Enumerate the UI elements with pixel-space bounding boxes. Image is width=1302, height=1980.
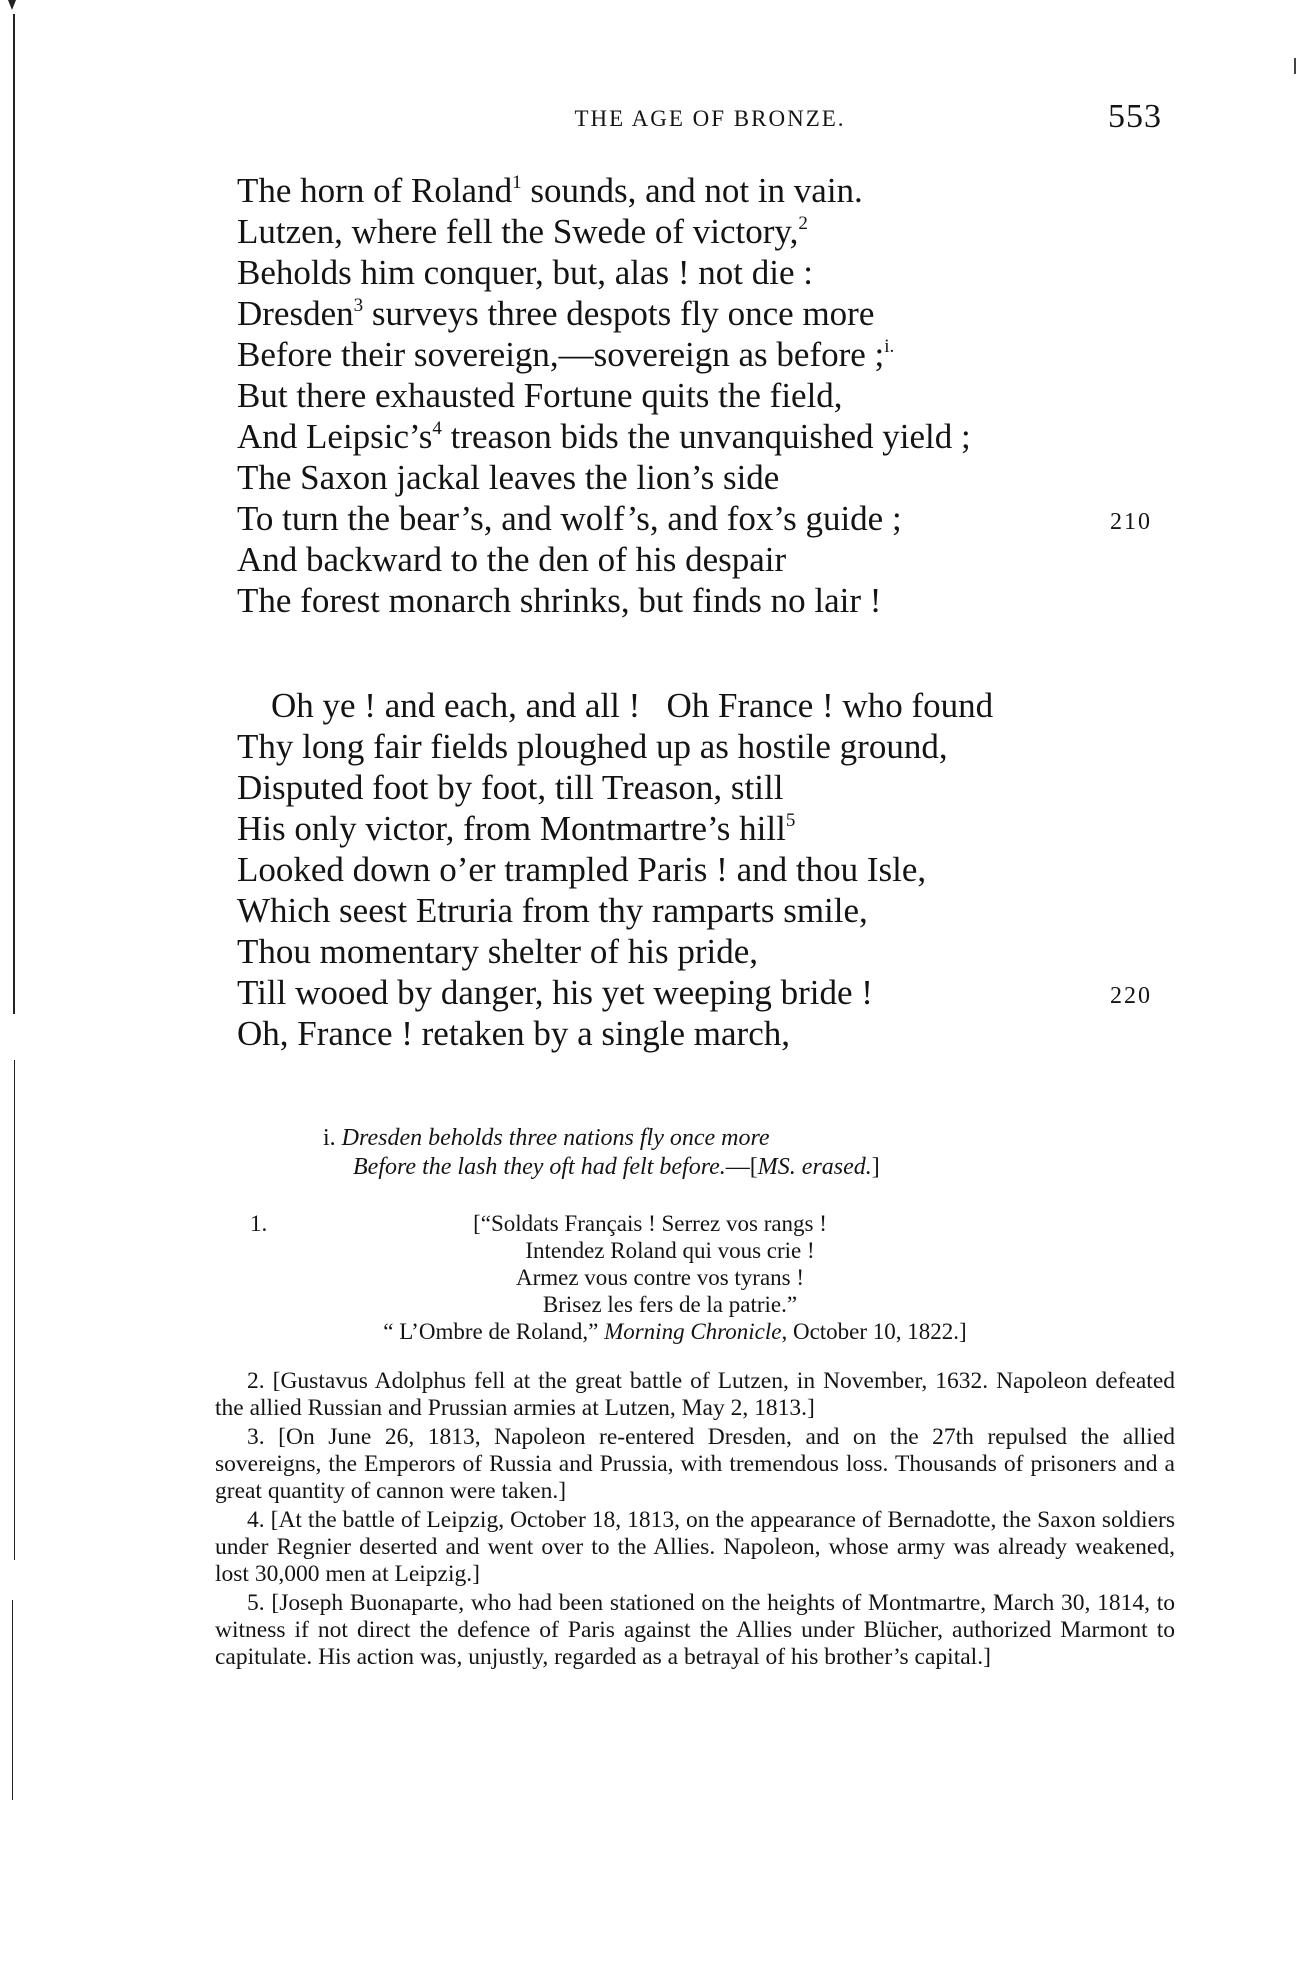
footnote-2: 2. [Gustavus Adolphus fell at the great … [215, 1368, 1175, 1422]
stanza-2: Oh ye ! and each, and all ! Oh France ! … [237, 685, 1137, 1054]
line-number: 210 [1110, 502, 1152, 543]
verse-line: Oh, France ! retaken by a single march, [237, 1013, 1137, 1054]
verse-line: Thou momentary shelter of his pride, [237, 931, 1137, 972]
stanza-1: The horn of Roland1 sounds, and not in v… [237, 170, 1137, 621]
footnote-ref[interactable]: 5 [786, 810, 796, 831]
scan-edge-mark [1294, 58, 1296, 74]
verse-line: Before their sovereign,—sovereign as bef… [237, 334, 1137, 375]
page-number: 553 [1108, 98, 1162, 136]
variant-note: i.Dresden beholds three nations fly once… [323, 1124, 880, 1182]
footnote-label: 2. [247, 1368, 265, 1394]
footnote-5: 5. [Joseph Buonaparte, who had been stat… [215, 1590, 1175, 1671]
footnote-label: 5. [247, 1590, 265, 1616]
footnote-1: 1. [“Soldats Français ! Serrez vos rangs… [250, 1210, 1090, 1345]
quoted-verse-line: Armez vous contre vos tyrans ! [250, 1264, 1090, 1291]
footnote-ref[interactable]: 4 [432, 418, 442, 439]
running-title: THE AGE OF BRONZE. [500, 106, 920, 132]
footnote-ref[interactable]: 2 [798, 213, 808, 234]
scan-margin-line [14, 1060, 15, 1560]
footnote-ref[interactable]: 3 [354, 295, 364, 316]
verse-line: And backward to the den of his despair [237, 539, 1137, 580]
verse-line: The forest monarch shrinks, but finds no… [237, 580, 1137, 621]
scan-corner-mark [8, 0, 16, 10]
verse-line: Lutzen, where fell the Swede of victory,… [237, 211, 1137, 252]
scan-margin-line [13, 14, 15, 1014]
footnote-label: 1. [250, 1210, 267, 1237]
verse-line: Which seest Etruria from thy ramparts sm… [237, 890, 1137, 931]
quoted-verse-line: Intendez Roland qui vous crie ! [250, 1237, 1090, 1264]
footnote-label: 3. [247, 1424, 265, 1450]
verse-line: Till wooed by danger, his yet weeping br… [237, 972, 1137, 1013]
verse-line: Thy long fair fields ploughed up as host… [237, 726, 1137, 767]
quoted-verse-line: [“Soldats Français ! Serrez vos rangs ! [250, 1210, 1090, 1237]
footnote-3: 3. [On June 26, 1813, Napoleon re-entere… [215, 1424, 1175, 1505]
verse-line: Looked down o’er trampled Paris ! and th… [237, 849, 1137, 890]
verse-line: The Saxon jackal leaves the lion’s side [237, 457, 1137, 498]
verse-line: But there exhausted Fortune quits the fi… [237, 375, 1137, 416]
footnote-4: 4. [At the battle of Leipzig, October 18… [215, 1507, 1175, 1588]
poem-body: The horn of Roland1 sounds, and not in v… [237, 170, 1137, 1054]
verse-line: His only victor, from Montmartre’s hill5 [237, 808, 1137, 849]
quoted-verse-line: Brisez les fers de la patrie.” [250, 1291, 1090, 1318]
line-number: 220 [1110, 976, 1152, 1017]
verse-line: Beholds him conquer, but, alas ! not die… [237, 252, 1137, 293]
variant-ref[interactable]: i. [884, 336, 894, 357]
footnote-source: “ L’Ombre de Roland,” Morning Chronicle,… [250, 1318, 1090, 1345]
scan-margin-line [12, 1600, 13, 1800]
verse-line: And Leipsic’s4 treason bids the unvanqui… [237, 416, 1137, 457]
variant-label: i. [323, 1125, 336, 1151]
verse-line: Oh ye ! and each, and all ! Oh France ! … [237, 685, 1137, 726]
verse-line: To turn the bear’s, and wolf’s, and fox’… [237, 498, 1137, 539]
footnotes: 2. [Gustavus Adolphus fell at the great … [215, 1368, 1175, 1673]
verse-line: Dresden3 surveys three despots fly once … [237, 293, 1137, 334]
footnote-ref[interactable]: 1 [512, 172, 522, 193]
verse-line: The horn of Roland1 sounds, and not in v… [237, 170, 1137, 211]
verse-line: Disputed foot by foot, till Treason, sti… [237, 767, 1137, 808]
footnote-label: 4. [247, 1507, 265, 1533]
